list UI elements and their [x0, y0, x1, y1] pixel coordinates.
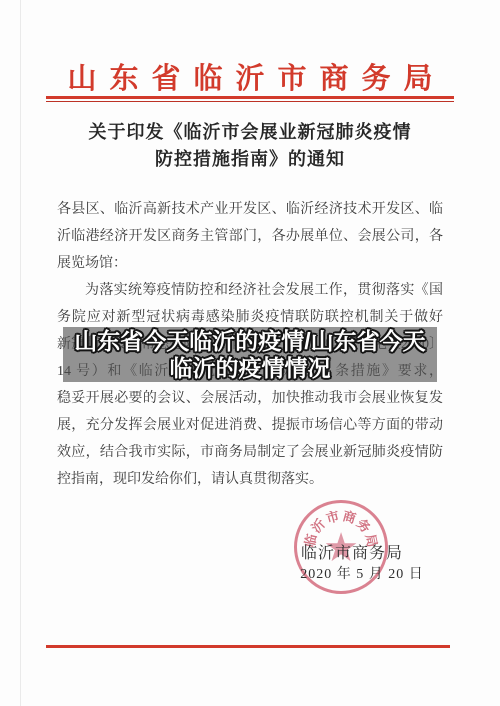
document-title-line1: 关于印发《临沂市会展业新冠肺炎疫情 — [0, 119, 500, 146]
body-line: 稳妥开展必要的会议、会展活动，加快推动我市会展业恢复发 — [57, 385, 443, 412]
body-line: 为落实统筹疫情防控和经济社会发展工作，贯彻落实《国 — [57, 277, 443, 304]
body-line: 效应，结合我市实际，市商务局制定了会展业新冠肺炎疫情防 — [57, 439, 443, 466]
body-line: 沂临港经济开发区商务主管部门，各办展单位、会展公司，各 — [57, 223, 443, 250]
caption-line1: 山东省今天临沂的疫情/山东省今天 — [40, 328, 460, 355]
body-line: 展，充分发挥会展业对促进消费、提振市场信心等方面的带动 — [57, 412, 443, 439]
caption-overlay: 山东省今天临沂的疫情/山东省今天 临沂的疫情情况 — [40, 328, 460, 382]
document-title: 关于印发《临沂市会展业新冠肺炎疫情 防控措施指南》的通知 — [0, 119, 500, 173]
signature-date: 2020 年 5 月 20 日 — [288, 563, 436, 583]
caption-line2: 临沂的疫情情况 — [40, 355, 460, 382]
signature-agency: 临沂市商务局 — [297, 540, 407, 563]
page-edge-shadow — [20, 0, 21, 706]
agency-header: 山东省临沂市商务局 — [0, 56, 500, 97]
body-line: 控指南，现印发给你们，请认真贯彻落实。 — [57, 466, 443, 493]
red-footer-rule — [46, 645, 450, 648]
body-line: 展览场馆： — [57, 250, 443, 277]
body-line: 各县区、临沂高新技术产业开发区、临沂经济技术开发区、临 — [57, 196, 443, 223]
scanned-notice-page: 山东省临沂市商务局 关于印发《临沂市会展业新冠肺炎疫情 防控措施指南》的通知 各… — [0, 0, 500, 706]
document-title-line2: 防控措施指南》的通知 — [0, 146, 500, 173]
red-header-rule — [46, 96, 454, 102]
